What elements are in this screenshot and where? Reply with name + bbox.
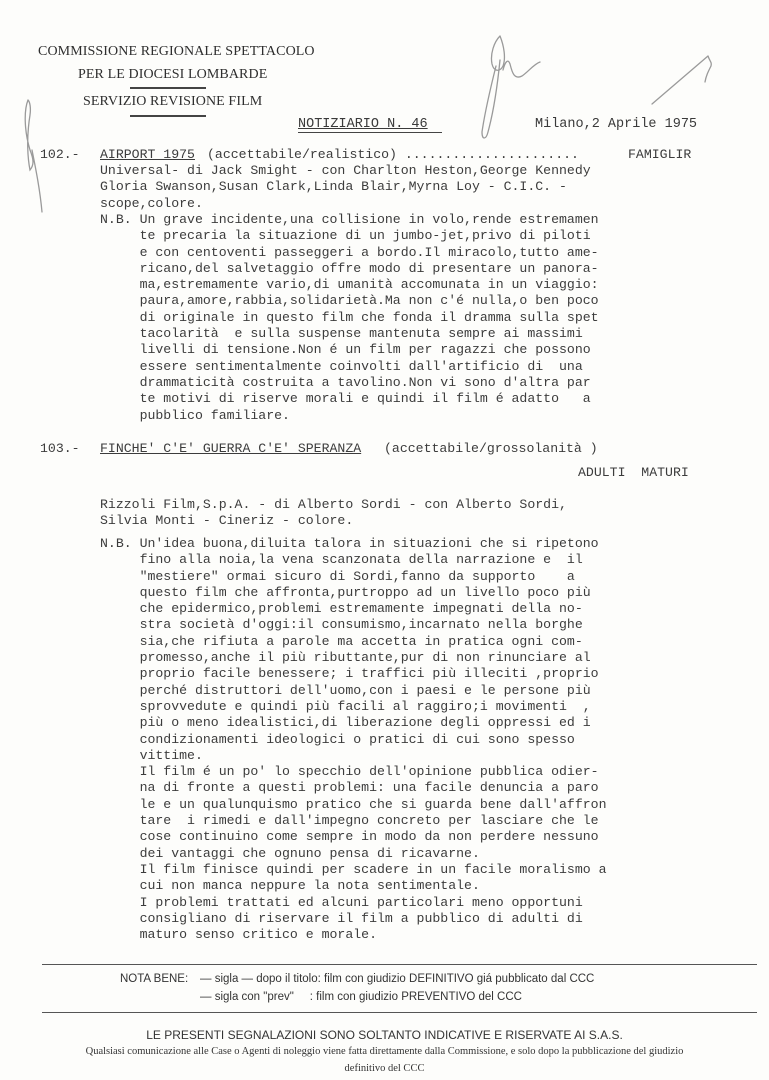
review-line: e con centoventi passeggeri a bordo.Il m… (100, 245, 599, 261)
film-category: ADULTI MATURI (578, 465, 689, 481)
film-credits: Universal- di Jack Smight - con Charlton… (100, 163, 591, 212)
bulletin-title: NOTIZIARIO N. 46 (298, 117, 442, 133)
review-line: dei vantaggi che ognuno pensa di ricavar… (100, 846, 606, 862)
film-title: AIRPORT 1975 (100, 147, 195, 163)
review-line: ma,estremamente vario,di umanità accomun… (100, 277, 599, 293)
review-line: drammaticità costruita a tavolino.Non vi… (100, 375, 599, 391)
review-line: cui non manca neppure la nota sentimenta… (100, 878, 606, 894)
legend-top-rule (42, 964, 757, 965)
review-line: Il film finisce quindi per scadere in un… (100, 862, 606, 878)
review-line: questo film che affronta,purtroppo ad un… (100, 585, 606, 601)
bulletin-date: Milano,2 Aprile 1975 (535, 117, 697, 132)
review-line: Il film é un po' lo specchio dell'opinio… (100, 764, 606, 780)
footer-disclaimer: LE PRESENTI SEGNALAZIONI SONO SOLTANTO I… (0, 1028, 769, 1042)
film-review: N.B. Un'idea buona,diluita talora in sit… (100, 536, 606, 943)
org-subtitle: PER LE DIOCESI LOMBARDE (78, 67, 267, 83)
review-line: tacolarità e sulla suspense mantenuta se… (100, 326, 599, 342)
film-rating: (accettabile/grossolanità ) (384, 441, 598, 457)
review-line: maturo senso critico e morale. (100, 927, 606, 943)
film-credits: Rizzoli Film,S.p.A. - di Alberto Sordi -… (100, 497, 567, 530)
review-line: "mestiere" ormai sicuro di Sordi,fanno d… (100, 569, 606, 585)
review-line: te precaria la situazione di un jumbo-je… (100, 228, 599, 244)
review-line: vittime. (100, 748, 606, 764)
review-line: tare i rimedi e dall'impegno concreto pe… (100, 813, 606, 829)
review-line: consigliano di riservare il film a pubbl… (100, 911, 606, 927)
entry-number: 103.- (40, 441, 80, 457)
review-line: N.B. Un grave incidente,una collisione i… (100, 212, 599, 228)
review-line: na di fronte a questi problemi: una faci… (100, 780, 606, 796)
header-divider (130, 87, 206, 89)
review-line: condizionamenti ideologici o pratici di … (100, 732, 606, 748)
footer-note: Qualsiasi comunicazione alle Case o Agen… (0, 1046, 769, 1057)
credits-line: Rizzoli Film,S.p.A. - di Alberto Sordi -… (100, 497, 567, 513)
header-divider (130, 115, 206, 117)
legend-line: — sigla — dopo il titolo: film con giudi… (200, 973, 594, 985)
review-line: sia,che rifiuta a parole ma accetta in p… (100, 634, 606, 650)
legend-label: NOTA BENE: (120, 973, 188, 985)
review-line: cose continuino come sempre in modo da n… (100, 829, 606, 845)
handwritten-initials-icon (482, 36, 540, 138)
footer-note: definitivo del CCC (0, 1063, 769, 1074)
review-line: livelli di tensione.Non é un film per ra… (100, 342, 599, 358)
entry-number: 102.- (40, 147, 80, 163)
review-line: sprovvedute e quindi più facili al raggi… (100, 699, 606, 715)
review-line: perché distruttori dell'uomo,con i paesi… (100, 683, 606, 699)
review-line: I problemi trattati ed alcuni particolar… (100, 895, 606, 911)
film-category: FAMIGLIR (628, 147, 691, 163)
credits-line: scope,colore. (100, 196, 591, 212)
legend-bottom-rule (42, 1012, 757, 1013)
review-line: le e un qualunquismo pratico che si guar… (100, 797, 606, 813)
review-line: stra società d'oggi:il consumismo,incarn… (100, 617, 606, 633)
review-line: pubblico familiare. (100, 408, 599, 424)
review-line: che epidermico,problemi estremamente imp… (100, 601, 606, 617)
review-line: N.B. Un'idea buona,diluita talora in sit… (100, 536, 606, 552)
film-title: FINCHE' C'E' GUERRA C'E' SPERANZA (100, 441, 361, 457)
service-name: SERVIZIO REVISIONE FILM (83, 94, 262, 110)
review-line: promesso,anche il più ributtante,pur di … (100, 650, 606, 666)
credits-line: Silvia Monti - Cineriz - colore. (100, 513, 567, 529)
review-line: te motivi di riserve morali e quindi il … (100, 391, 599, 407)
film-rating: (accettabile/realistico) ...............… (207, 147, 579, 163)
handwritten-check-icon (652, 56, 711, 104)
review-line: paura,amore,rabbia,solidarietà.Ma non c'… (100, 293, 599, 309)
review-line: essere sentimentalmente coinvolti dall'a… (100, 359, 599, 375)
review-line: proprio facile benessere; i traffici più… (100, 666, 606, 682)
org-name: COMMISSIONE REGIONALE SPETTACOLO (38, 44, 315, 60)
legend-line: — sigla con "prev" : film con giudizio P… (200, 991, 522, 1003)
film-review: N.B. Un grave incidente,una collisione i… (100, 212, 599, 424)
review-line: più o meno idealistici,di liberazione de… (100, 715, 606, 731)
review-line: fino alla noia,la vena scanzonata della … (100, 552, 606, 568)
credits-line: Universal- di Jack Smight - con Charlton… (100, 163, 591, 179)
credits-line: Gloria Swanson,Susan Clark,Linda Blair,M… (100, 179, 591, 195)
review-line: di originale in questo film che fonda il… (100, 310, 599, 326)
review-line: ricano,del salvetaggio offre modo di pre… (100, 261, 599, 277)
